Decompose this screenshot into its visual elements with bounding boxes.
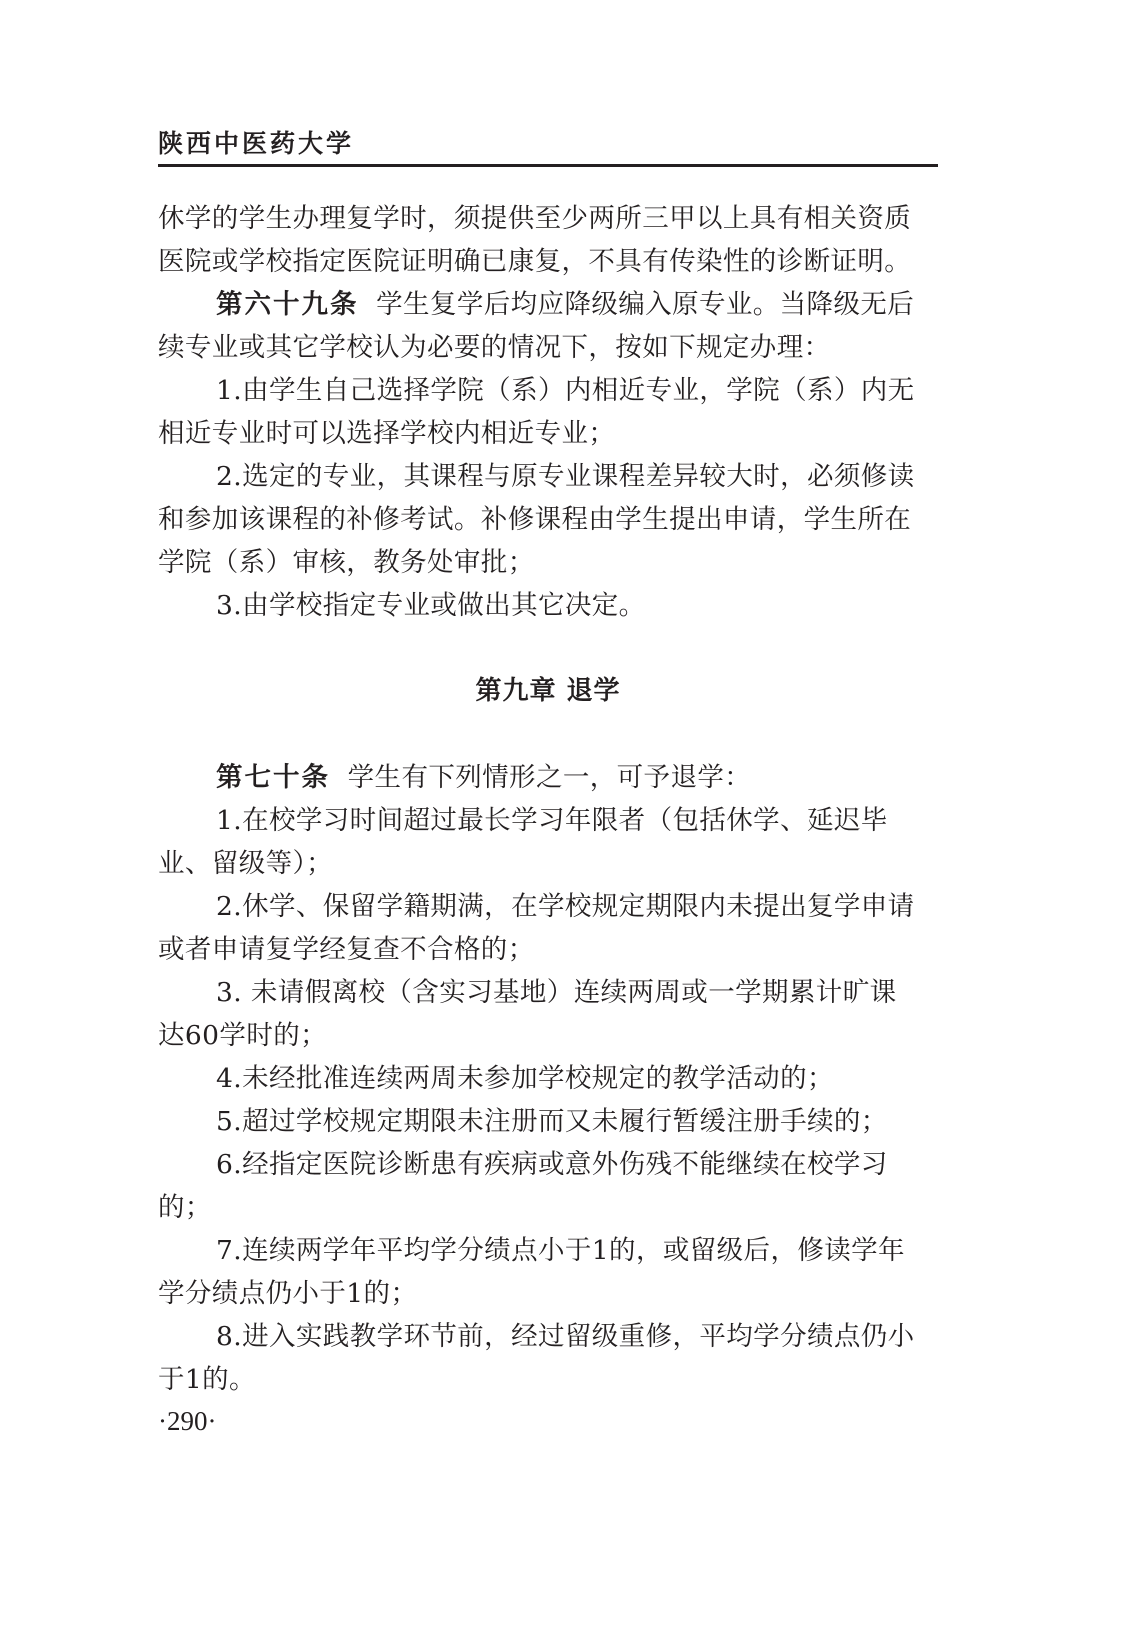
document-page: 陕西中医药大学 休学的学生办理复学时，须提供至少两所三甲以上具有相关资质 医院或…	[158, 0, 938, 1646]
list-item: 3.由学校指定专业或做出其它决定。	[158, 584, 938, 627]
article-69-heading-line: 第六十九条 学生复学后均应降级编入原专业。当降级无后	[158, 283, 938, 326]
article-70-text: 学生有下列情形之一，可予退学：	[348, 762, 752, 793]
list-item: 5.超过学校规定期限未注册而又未履行暂缓注册手续的；	[158, 1100, 938, 1143]
article-69-label: 第六十九条	[216, 289, 359, 320]
text-line: 医院或学校指定医院证明确已康复，不具有传染性的诊断证明。	[158, 240, 938, 283]
text-line: 续专业或其它学校认为必要的情况下，按如下规定办理：	[158, 326, 938, 369]
text-line: 学分绩点仍小于1的；	[158, 1272, 938, 1315]
text-line: 和参加该课程的补修考试。补修课程由学生提出申请，学生所在	[158, 498, 938, 541]
text-line: 于1的。	[158, 1358, 938, 1401]
page-number: ·290·	[158, 1406, 216, 1437]
article-70-label: 第七十条	[216, 762, 330, 793]
text-line: 学院（系）审核，教务处审批；	[158, 541, 938, 584]
article-69-text: 学生复学后均应降级编入原专业。当降级无后	[376, 289, 914, 320]
list-item: 7.连续两学年平均学分绩点小于1的，或留级后，修读学年	[158, 1229, 938, 1272]
text-line: 相近专业时可以选择学校内相近专业；	[158, 412, 938, 455]
chapter-title: 第九章 退学	[158, 670, 938, 713]
text-line: 或者申请复学经复查不合格的；	[158, 928, 938, 971]
text-line: 的；	[158, 1186, 938, 1229]
list-item: 1.在校学习时间超过最长学习年限者（包括休学、延迟毕	[158, 799, 938, 842]
header-rule	[158, 164, 938, 167]
running-header-title: 陕西中医药大学	[158, 128, 354, 160]
list-item: 4.未经批准连续两周未参加学校规定的教学活动的；	[158, 1057, 938, 1100]
list-item: 3. 未请假离校（含实习基地）连续两周或一学期累计旷课	[158, 971, 938, 1014]
list-item: 1.由学生自己选择学院（系）内相近专业，学院（系）内无	[158, 369, 938, 412]
text-line: 达60学时的；	[158, 1014, 938, 1057]
list-item: 2.休学、保留学籍期满，在学校规定期限内未提出复学申请	[158, 885, 938, 928]
list-item: 6.经指定医院诊断患有疾病或意外伤残不能继续在校学习	[158, 1143, 938, 1186]
list-item: 8.进入实践教学环节前，经过留级重修，平均学分绩点仍小	[158, 1315, 938, 1358]
body-text: 休学的学生办理复学时，须提供至少两所三甲以上具有相关资质 医院或学校指定医院证明…	[158, 197, 938, 1401]
article-70-heading-line: 第七十条 学生有下列情形之一，可予退学：	[158, 756, 938, 799]
list-item: 2.选定的专业，其课程与原专业课程差异较大时，必须修读	[158, 455, 938, 498]
text-line: 业、留级等）；	[158, 842, 938, 885]
text-line: 休学的学生办理复学时，须提供至少两所三甲以上具有相关资质	[158, 197, 938, 240]
